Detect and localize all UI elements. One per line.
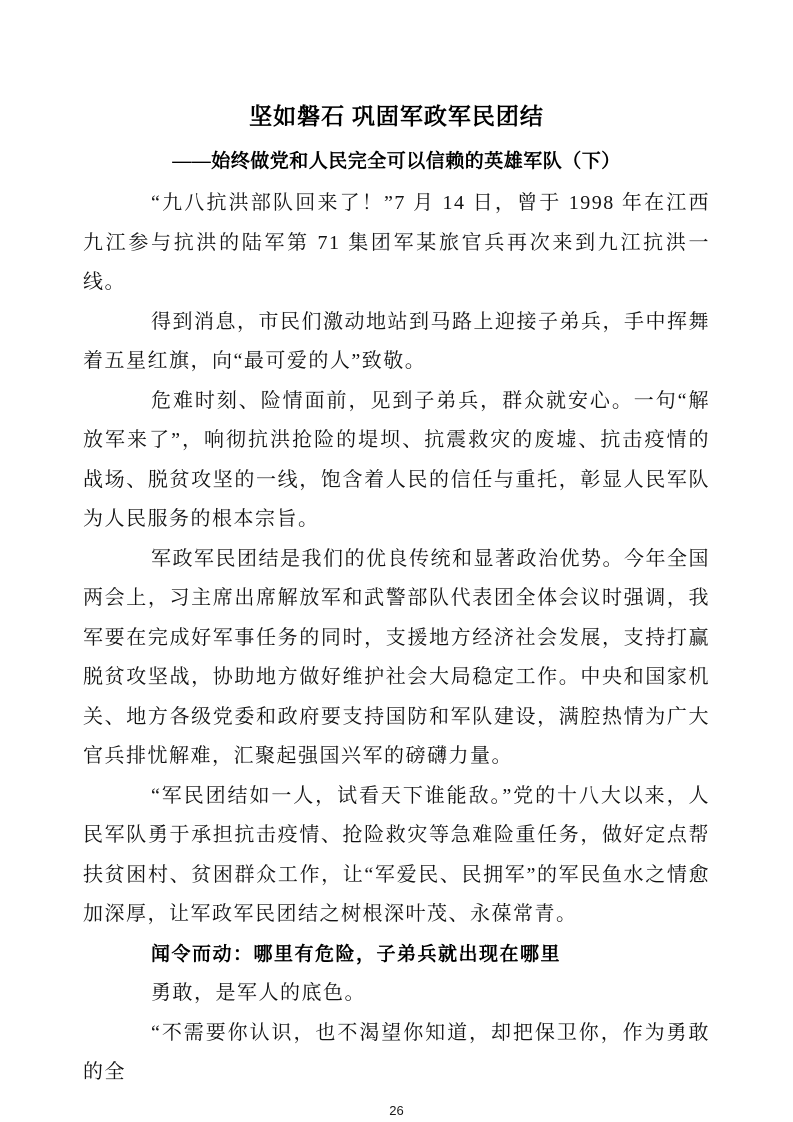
paragraph: 军政军民团结是我们的优良传统和显著政治优势。今年全国两会上，习主席出席解放军和武…	[83, 540, 710, 777]
document-page: 坚如磐石 巩固军政军民团结 ——始终做党和人民完全可以信赖的英雄军队（下） “九…	[0, 0, 793, 1122]
section-heading: 闻令而动：哪里有危险，子弟兵就出现在哪里	[83, 935, 710, 975]
paragraph: “九八抗洪部队回来了！”7 月 14 日，曾于 1998 年在江西九江参与抗洪的…	[83, 184, 710, 303]
paragraph: “军民团结如一人，试看天下谁能敌。”党的十八大以来，人民军队勇于承担抗击疫情、抢…	[83, 777, 710, 935]
paragraph: “不需要你认识，也不渴望你知道，却把保卫你，作为勇敢的全	[83, 1014, 710, 1093]
article-body: “九八抗洪部队回来了！”7 月 14 日，曾于 1998 年在江西九江参与抗洪的…	[83, 184, 710, 1093]
page-title: 坚如磐石 巩固军政军民团结	[83, 102, 710, 132]
article-subtitle: ——始终做党和人民完全可以信赖的英雄军队（下）	[83, 149, 710, 175]
paragraph: 勇敢，是军人的底色。	[83, 974, 710, 1014]
page-number: 26	[83, 1103, 710, 1119]
paragraph: 危难时刻、险情面前，见到子弟兵，群众就安心。一句“解放军来了”，响彻抗洪抢险的堤…	[83, 382, 710, 540]
paragraph: 得到消息，市民们激动地站到马路上迎接子弟兵，手中挥舞着五星红旗，向“最可爱的人”…	[83, 303, 710, 382]
